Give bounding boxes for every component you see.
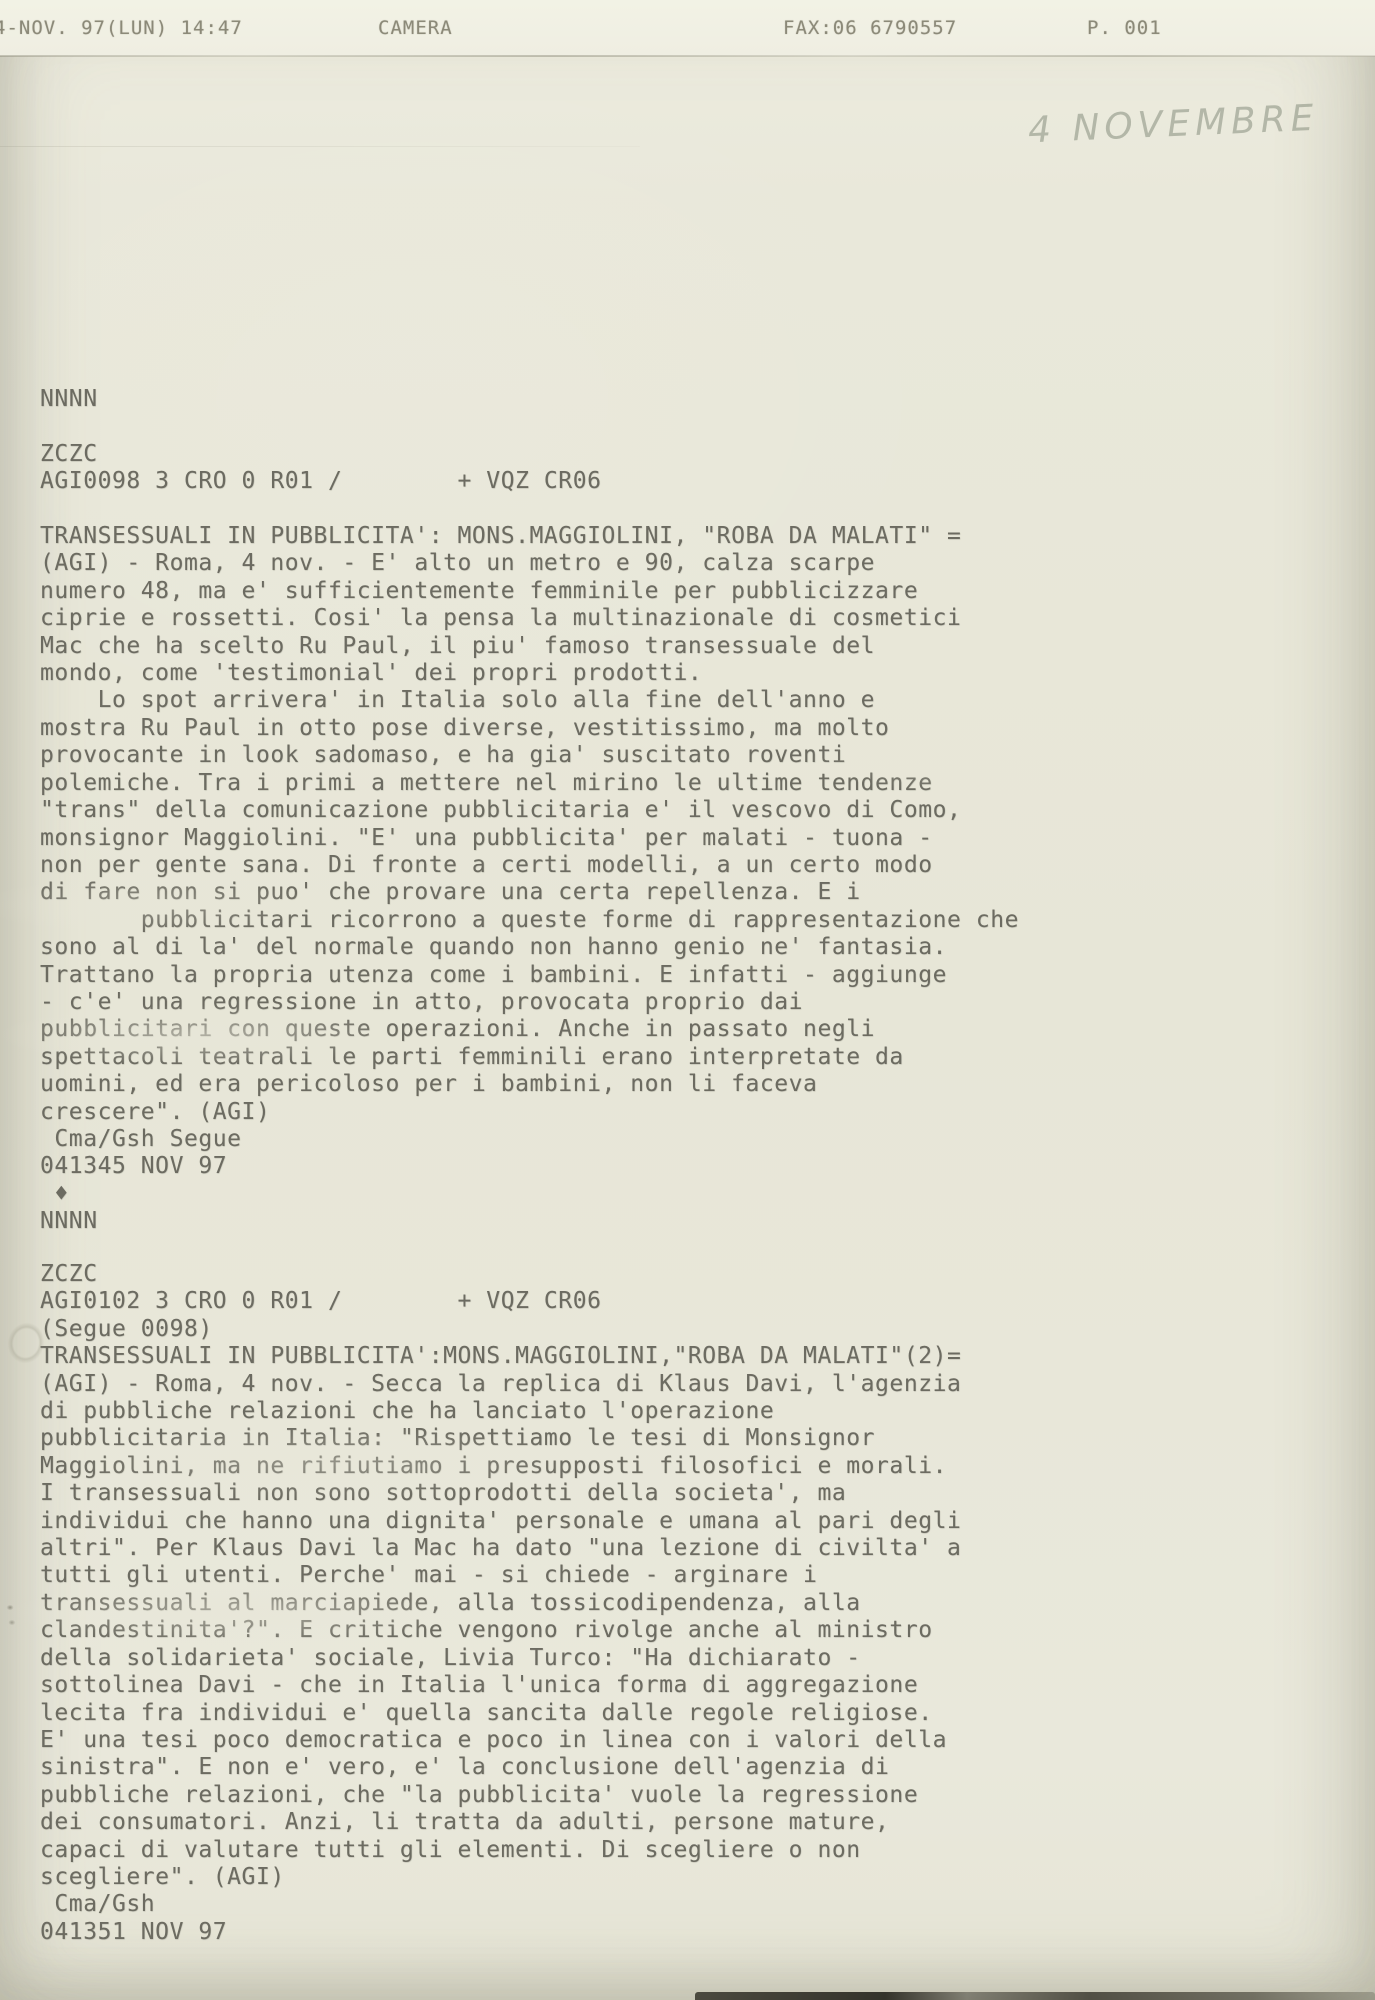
handwritten-date-note: 4 NOVEMBRE — [1027, 98, 1319, 152]
fax-sender-name: CAMERA — [378, 17, 453, 39]
paper-crease-line — [0, 146, 640, 147]
fax-datetime: 4-NOV. 97(LUN) 14:47 — [0, 17, 243, 39]
scan-bottom-edge-shadow — [695, 1992, 1375, 2000]
header-divider-line — [0, 55, 1375, 57]
fax-transmission-header: 4-NOV. 97(LUN) 14:47 CAMERA FAX:06 67905… — [0, 0, 1375, 56]
telex-message-1: NNNN ZCZC AGI0098 3 CRO 0 R01 / + VQZ CR… — [40, 386, 1019, 1236]
fax-page-number: P. 001 — [1087, 17, 1162, 39]
telex-message-2: ZCZC AGI0102 3 CRO 0 R01 / + VQZ CR06 (S… — [40, 1261, 961, 1946]
fax-page: 4-NOV. 97(LUN) 14:47 CAMERA FAX:06 67905… — [0, 0, 1375, 2000]
scan-speck-artifact — [2, 1600, 20, 1630]
fax-number: FAX:06 6790557 — [783, 17, 957, 39]
